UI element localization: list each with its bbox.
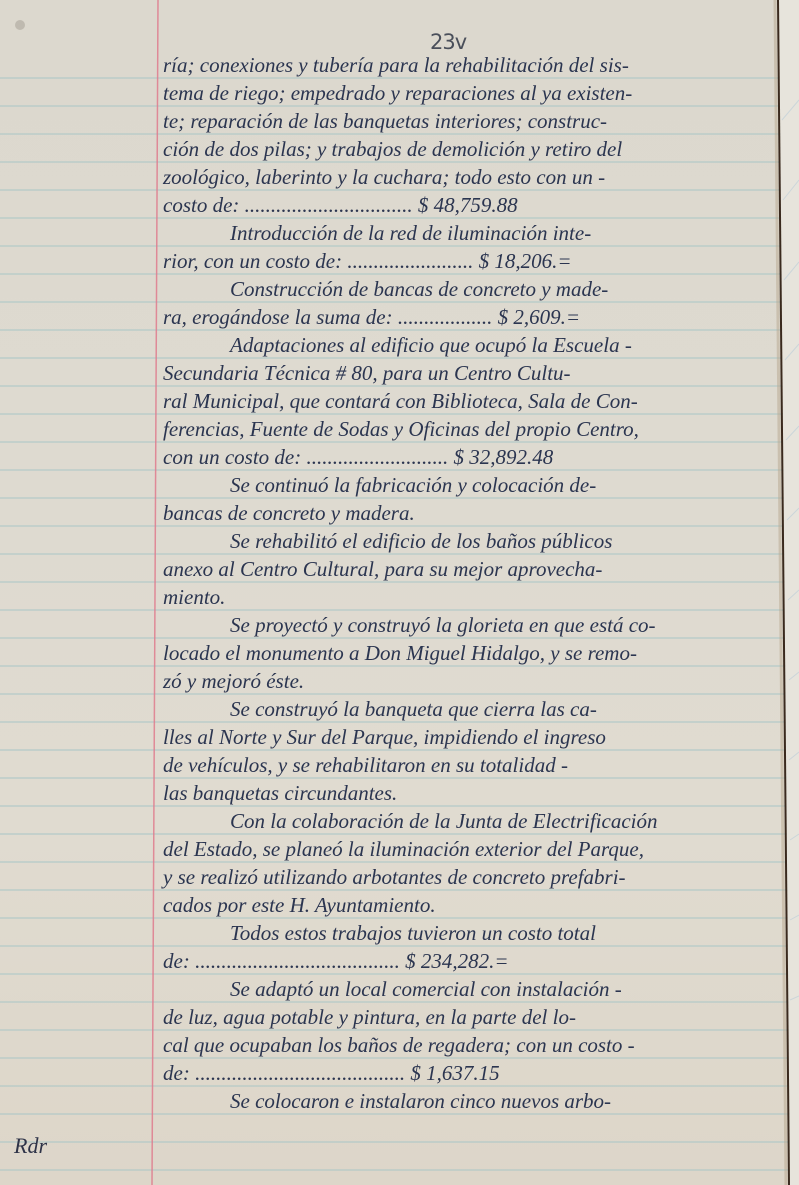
handwritten-line: del Estado, se planeó la iluminación ext…	[163, 836, 644, 862]
ledger-page: 23v ría; conexiones y tubería para la re…	[0, 0, 799, 1185]
handwritten-line: Se proyectó y construyó la glorieta en q…	[230, 612, 656, 638]
handwritten-line: de vehículos, y se rehabilitaron en su t…	[163, 752, 568, 778]
handwritten-line: Adaptaciones al edificio que ocupó la Es…	[230, 332, 632, 358]
handwritten-line: ferencias, Fuente de Sodas y Oficinas de…	[163, 416, 639, 442]
handwritten-line: zó y mejoró éste.	[163, 668, 304, 694]
handwritten-line: te; reparación de las banquetas interior…	[163, 108, 607, 134]
handwritten-line: y se realizó utilizando arbotantes de co…	[163, 864, 626, 890]
handwritten-line: costo de: ..............................…	[163, 192, 518, 218]
handwritten-line: Se adaptó un local comercial con instala…	[230, 976, 622, 1002]
handwritten-line: miento.	[163, 584, 225, 610]
handwritten-line: Todos estos trabajos tuvieron un costo t…	[230, 920, 596, 946]
handwritten-line: Se construyó la banqueta que cierra las …	[230, 696, 597, 722]
handwritten-line: Con la colaboración de la Junta de Elect…	[230, 808, 658, 834]
handwritten-line: cados por este H. Ayuntamiento.	[163, 892, 436, 918]
handwritten-line: lles al Norte y Sur del Parque, impidien…	[163, 724, 606, 750]
handwritten-line: con un costo de: .......................…	[163, 444, 553, 470]
margin-initials: Rdr	[14, 1133, 47, 1159]
handwritten-line: Introducción de la red de iluminación in…	[230, 220, 591, 246]
handwritten-line: ción de dos pilas; y trabajos de demolic…	[163, 136, 622, 162]
handwritten-line: de luz, agua potable y pintura, en la pa…	[163, 1004, 576, 1030]
handwritten-line: Se continuó la fabricación y colocación …	[230, 472, 596, 498]
handwritten-line: tema de riego; empedrado y reparaciones …	[163, 80, 632, 106]
handwritten-line: de: ....................................…	[163, 1060, 500, 1086]
handwritten-line: cal que ocupaban los baños de regadera; …	[163, 1032, 635, 1058]
handwritten-line: bancas de concreto y madera.	[163, 500, 415, 526]
handwritten-line: Se colocaron e instalaron cinco nuevos a…	[230, 1088, 611, 1114]
page-number: 23v	[430, 30, 466, 54]
handwritten-line: ría; conexiones y tubería para la rehabi…	[163, 52, 629, 78]
handwritten-line: Se rehabilitó el edificio de los baños p…	[230, 528, 612, 554]
handwritten-line: anexo al Centro Cultural, para su mejor …	[163, 556, 602, 582]
handwritten-line: ra, erogándose la suma de: .............…	[163, 304, 580, 330]
handwritten-line: Secundaria Técnica # 80, para un Centro …	[163, 360, 571, 386]
handwritten-line: las banquetas circundantes.	[163, 780, 397, 806]
handwritten-line: de: ....................................…	[163, 948, 509, 974]
handwritten-line: locado el monumento a Don Miguel Hidalgo…	[163, 640, 637, 666]
handwritten-line: Construcción de bancas de concreto y mad…	[230, 276, 608, 302]
handwritten-line: zoológico, laberinto y la cuchara; todo …	[163, 164, 605, 190]
handwritten-line: ral Municipal, que contará con Bibliotec…	[163, 388, 638, 414]
handwritten-line: rior, con un costo de: .................…	[163, 248, 572, 274]
